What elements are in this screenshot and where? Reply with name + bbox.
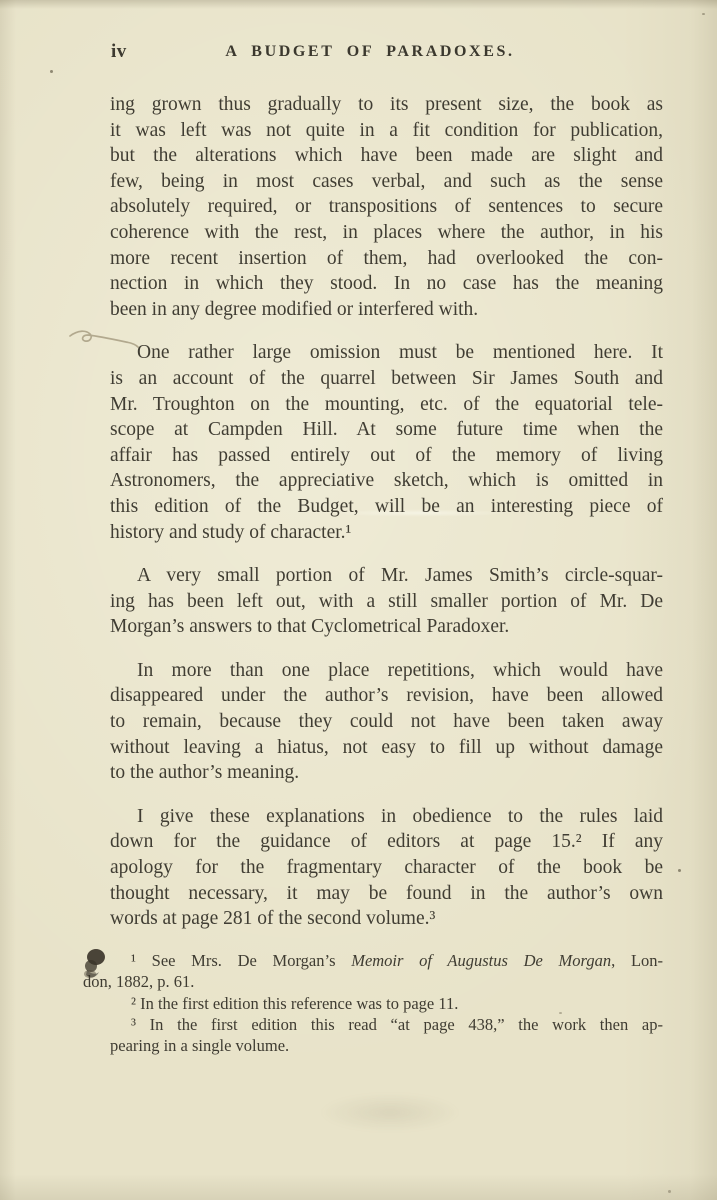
text-line: to remain, because they could not have b…: [110, 709, 663, 735]
paragraph: I give these explanations in obedience t…: [110, 804, 663, 932]
text-line: thought necessary, it may be found in th…: [110, 881, 663, 907]
scanned-book-page: iv A BUDGET OF PARADOXES. ing grown thus…: [0, 0, 717, 1200]
paragraph: ing grown thus gradually to its present …: [110, 92, 663, 322]
paper-speck: [50, 70, 53, 73]
paragraph: One rather large omission must be mentio…: [110, 340, 663, 545]
text-line: I give these explanations in obedience t…: [110, 804, 663, 830]
text-line: history and study of character.¹: [110, 520, 663, 546]
text-line: more recent insertion of them, had overl…: [110, 246, 663, 272]
text-line: affair has passed entirely out of the me…: [110, 443, 663, 469]
text-line: without leaving a hiatus, not easy to fi…: [110, 735, 663, 761]
text-line: been in any degree modified or interfere…: [110, 297, 663, 323]
footnote: ² In the first edition this reference wa…: [110, 993, 663, 1014]
text-line: words at page 281 of the second volume.³: [110, 906, 663, 932]
footnotes-section: ¹ See Mrs. De Morgan’s Memoir of Augustu…: [110, 950, 663, 1057]
page-header: iv A BUDGET OF PARADOXES.: [0, 41, 717, 67]
text-line: One rather large omission must be mentio…: [110, 340, 663, 366]
text-line: pearing in a single volume.: [110, 1035, 663, 1056]
paper-speck: [678, 869, 681, 872]
running-title: A BUDGET OF PARADOXES.: [20, 43, 717, 61]
text-line: Morgan’s answers to that Cyclometrical P…: [110, 614, 663, 640]
text-line: In more than one place repetitions, whic…: [110, 658, 663, 684]
page-show-through-stain: [290, 1085, 490, 1140]
paragraph: In more than one place repetitions, whic…: [110, 658, 663, 786]
text-line: is an account of the quarrel between Sir…: [110, 366, 663, 392]
text-line: apology for the fragmentary character of…: [110, 855, 663, 881]
ink-blot: [82, 944, 116, 984]
text-line: to the author’s meaning.: [110, 760, 663, 786]
text-line: nection in which they stood. In no case …: [110, 271, 663, 297]
footnote: ³ In the first edition this read “at pag…: [110, 1014, 663, 1057]
text-line: coherence with the rest, in places where…: [110, 220, 663, 246]
text-line: ² In the first edition this reference wa…: [110, 993, 663, 1014]
text-line: disappeared under the author’s revision,…: [110, 683, 663, 709]
text-line: but the alterations which have been made…: [110, 143, 663, 169]
paper-speck: [702, 13, 705, 15]
text-line: ing grown thus gradually to its present …: [110, 92, 663, 118]
text-line: down for the guidance of editors at page…: [110, 829, 663, 855]
text-block: ing grown thus gradually to its present …: [110, 92, 663, 1057]
text-line: absolutely required, or transpositions o…: [110, 194, 663, 220]
text-line: ¹ See Mrs. De Morgan’s Memoir of Augustu…: [110, 950, 663, 971]
text-line: ³ In the first edition this read “at pag…: [110, 1014, 663, 1035]
text-line: ing has been left out, with a still smal…: [110, 589, 663, 615]
text-line: don, 1882, p. 61.: [83, 971, 663, 992]
paragraph: A very small portion of Mr. James Smith’…: [110, 563, 663, 640]
text-line: it was left was not quite in a fit condi…: [110, 118, 663, 144]
text-line: Mr. Troughton on the mounting, etc. of t…: [110, 392, 663, 418]
footnote: ¹ See Mrs. De Morgan’s Memoir of Augustu…: [110, 950, 663, 993]
text-line: scope at Campden Hill. At some future ti…: [110, 417, 663, 443]
paper-speck: [668, 1190, 671, 1193]
italic-text: Memoir of Augustus De Morgan: [351, 951, 611, 970]
text-line: Astronomers, the appreciative sketch, wh…: [110, 468, 663, 494]
text-line: this edition of the Budget, will be an i…: [110, 494, 663, 520]
text-line: A very small portion of Mr. James Smith’…: [110, 563, 663, 589]
text-line: few, being in most cases verbal, and suc…: [110, 169, 663, 195]
